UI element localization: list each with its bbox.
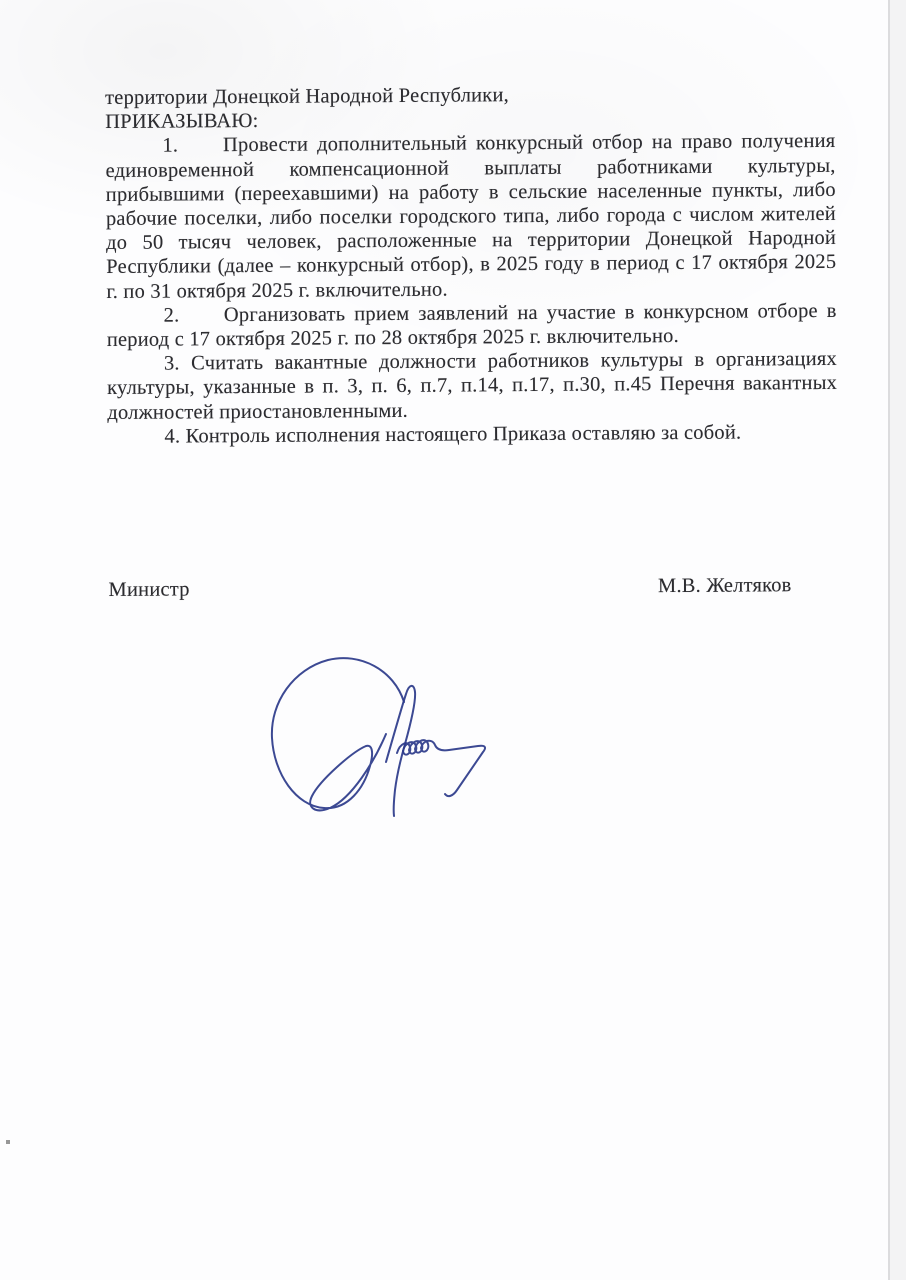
signatory-position: Министр [108,577,189,602]
scanned-order-page: территории Донецкой Народной Республики,… [0,0,906,1280]
document-text-block: территории Донецкой Народной Республики,… [105,81,839,602]
signature-ink [256,650,506,820]
order-item-2: 2. Организовать прием заявлений на участ… [107,299,837,353]
signatory-name: М.В. Желтяков [658,573,792,598]
order-item-4: 4. Контроль исполнения настоящего Приказ… [107,420,837,449]
order-item-1: 1. Провести дополнительный конкурсный от… [105,129,836,304]
scan-dust-speck [6,1140,10,1144]
signature-row: Министр М.В. Желтяков [108,573,838,602]
scan-page-edge [888,0,906,1280]
order-item-3: 3. Считать вакантные должности работнико… [107,347,837,425]
